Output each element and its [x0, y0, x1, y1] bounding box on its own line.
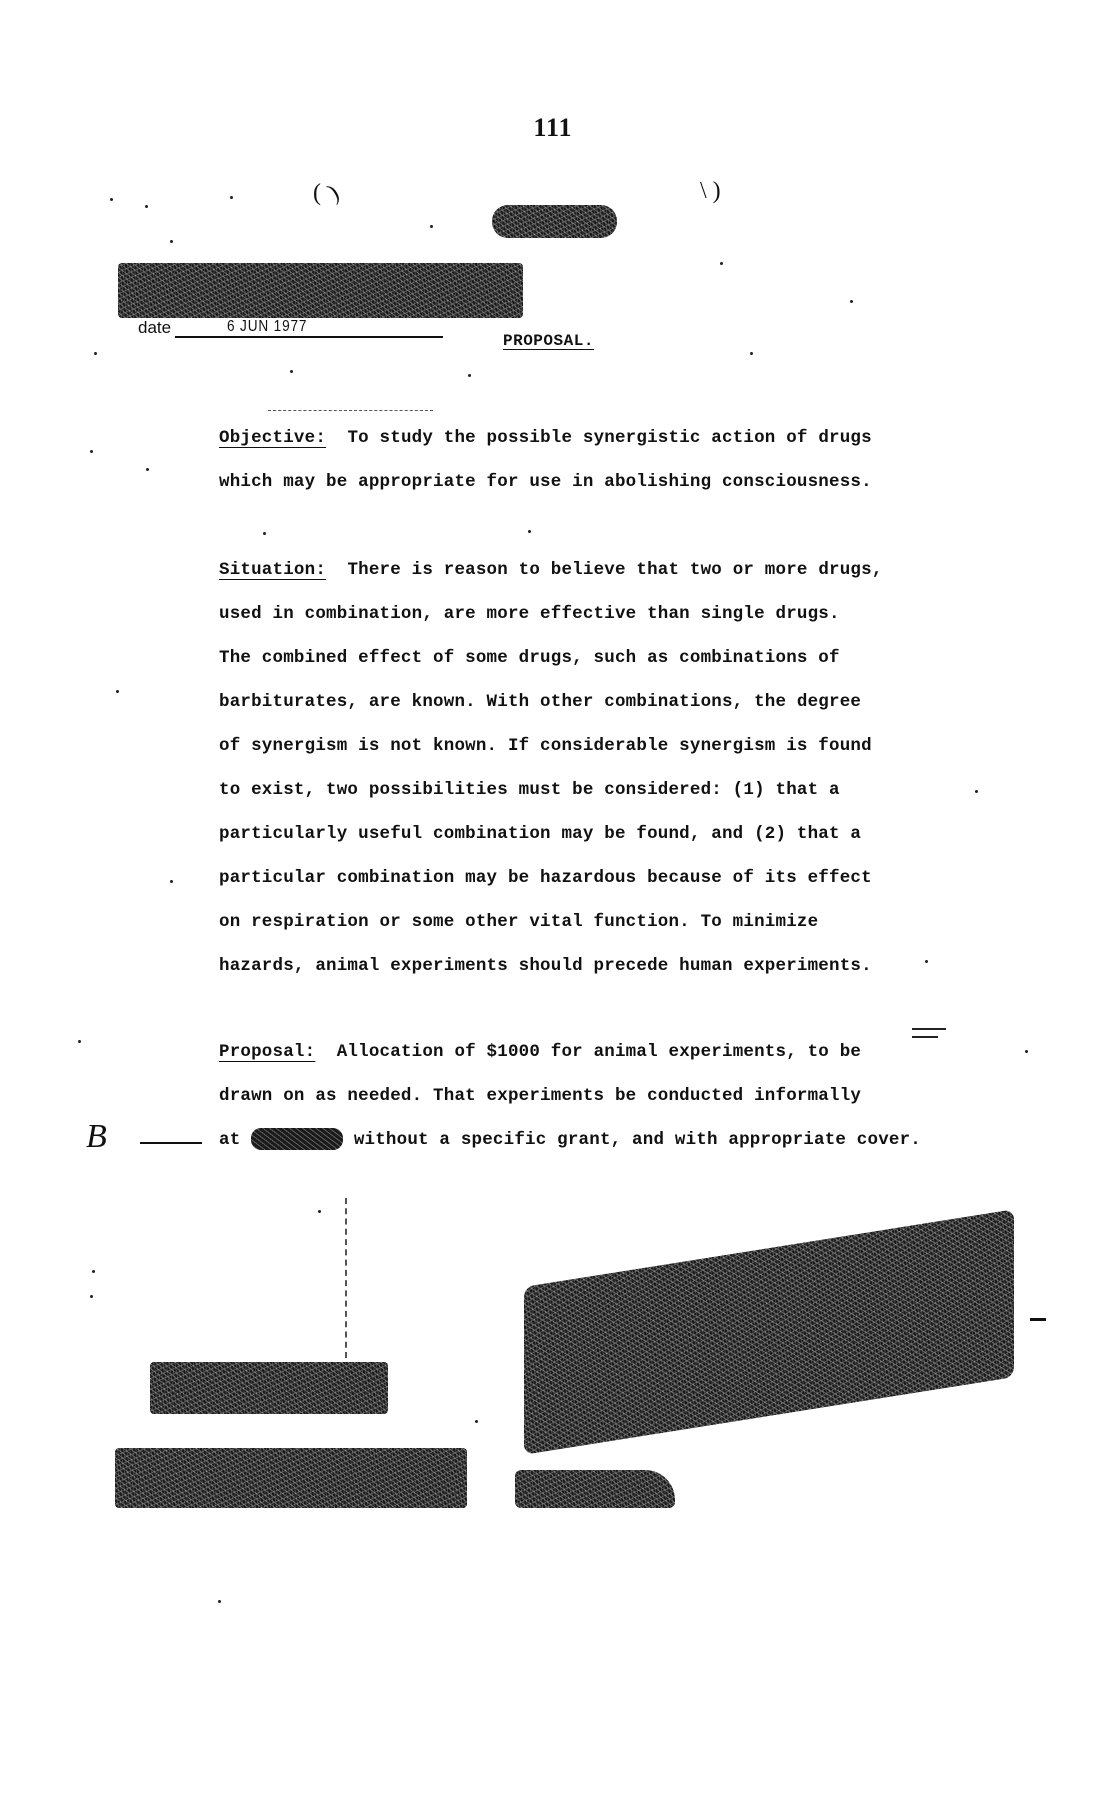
scan-speck: [78, 1040, 81, 1043]
margin-annotation: B: [86, 1118, 107, 1156]
situation-line: to exist, two possibilities must be cons…: [219, 768, 959, 812]
scan-speck: [290, 370, 293, 373]
date-label: date: [138, 318, 171, 338]
situation-label: Situation:: [219, 560, 326, 580]
scan-speck: [218, 1600, 221, 1603]
margin-marks: [912, 1028, 946, 1044]
document-heading: PROPOSAL.: [503, 332, 594, 350]
objective-section: Objective: To study the possible synergi…: [219, 416, 959, 504]
date-value: 6 JUN 1977: [227, 318, 307, 336]
scan-speck: [110, 198, 113, 201]
scan-speck: [263, 532, 266, 535]
scan-speck: [92, 1270, 95, 1273]
scan-speck: [850, 300, 853, 303]
scan-speck: [94, 352, 97, 355]
redacted-block: [524, 1209, 1014, 1455]
date-line: 6 JUN 1977: [175, 316, 443, 338]
objective-line: Objective: To study the possible synergi…: [219, 416, 959, 460]
margin-annotation-dash: [140, 1142, 202, 1144]
situation-line: hazards, animal experiments should prece…: [219, 944, 959, 988]
scan-speck: [468, 374, 471, 377]
scan-speck: [720, 262, 723, 265]
scan-speck: [145, 205, 148, 208]
situation-line: particular combination may be hazardous …: [219, 856, 959, 900]
situation-line: used in combination, are more effective …: [219, 592, 959, 636]
redacted-block: [492, 205, 617, 238]
scan-speck: [528, 530, 531, 533]
situation-line: of synergism is not known. If considerab…: [219, 724, 959, 768]
redacted-block: [150, 1362, 388, 1414]
redacted-block: [515, 1470, 675, 1508]
redacted-block: [118, 263, 523, 318]
scan-artifact-line: [1030, 1318, 1046, 1321]
page-number: 111: [0, 113, 1106, 143]
scan-speck: [975, 790, 978, 793]
scan-artifact-mark: \ ): [700, 178, 721, 205]
proposal-line: at without a specific grant, and with ap…: [219, 1118, 959, 1162]
objective-line: which may be appropriate for use in abol…: [219, 460, 959, 504]
situation-line: Situation: There is reason to believe th…: [219, 548, 959, 592]
situation-line: The combined effect of some drugs, such …: [219, 636, 959, 680]
scan-speck: [170, 240, 173, 243]
scan-artifact-line: [345, 1198, 347, 1358]
scan-speck: [116, 690, 119, 693]
redacted-inline: [251, 1128, 343, 1150]
scan-artifact-mark: (: [313, 180, 321, 207]
proposal-line: drawn on as needed. That experiments be …: [219, 1074, 959, 1118]
proposal-label: Proposal:: [219, 1042, 315, 1062]
scan-speck: [170, 880, 173, 883]
scan-artifact-line: [268, 410, 433, 411]
scan-speck: [430, 225, 433, 228]
objective-label: Objective:: [219, 428, 326, 448]
situation-line: particularly useful combination may be f…: [219, 812, 959, 856]
scan-speck: [90, 1295, 93, 1298]
proposal-line: Proposal: Allocation of $1000 for animal…: [219, 1030, 959, 1074]
scan-speck: [230, 196, 233, 199]
situation-section: Situation: There is reason to believe th…: [219, 548, 959, 988]
situation-line: on respiration or some other vital funct…: [219, 900, 959, 944]
date-field: date 6 JUN 1977: [138, 316, 443, 338]
proposal-section: Proposal: Allocation of $1000 for animal…: [219, 1030, 959, 1162]
scan-speck: [640, 1432, 643, 1435]
scan-speck: [1025, 1050, 1028, 1053]
scan-speck: [475, 1420, 478, 1423]
scan-speck: [318, 1210, 321, 1213]
redacted-block: [115, 1448, 467, 1508]
scan-speck: [90, 450, 93, 453]
scan-speck: [925, 960, 928, 963]
scan-speck: [146, 468, 149, 471]
situation-line: barbiturates, are known. With other comb…: [219, 680, 959, 724]
scan-artifact-mark: ): [324, 180, 344, 207]
scan-speck: [750, 352, 753, 355]
